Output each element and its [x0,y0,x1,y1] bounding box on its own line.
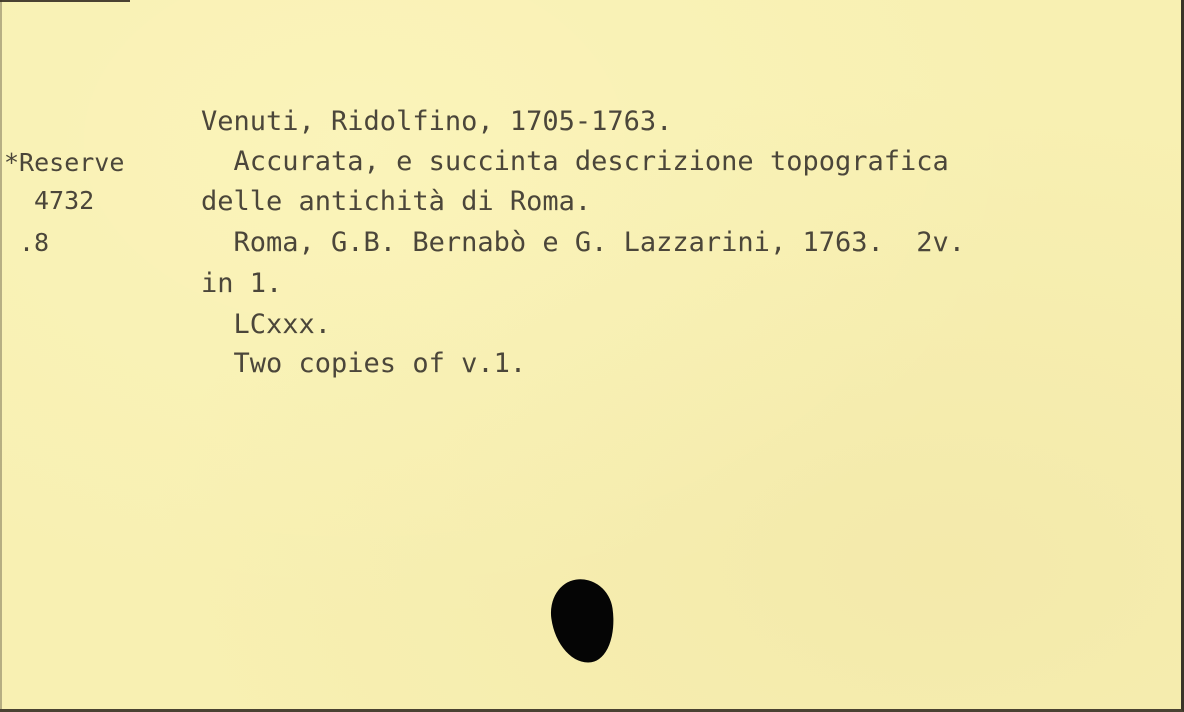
call-number-location: *Reserve [4,148,124,177]
author-heading: Venuti, Ridolfino, 1705-1763. [201,108,672,135]
copies-note: Two copies of v.1. [201,350,526,377]
lc-note: LCxxx. [201,311,331,338]
catalog-card: *Reserve 4732 .8 Venuti, Ridolfino, 1705… [0,0,1184,712]
title-line-1: Accurata, e succinta descrizione topogra… [201,148,949,175]
imprint-line-1: Roma, G.B. Bernabò e G. Lazzarini, 1763.… [201,229,965,256]
imprint-line-2: in 1. [201,270,282,297]
title-line-2: delle antichità di Roma. [201,188,591,215]
call-number-cutter: .8 [19,228,49,257]
call-number-class: 4732 [34,186,94,215]
card-punch-hole [546,575,619,667]
